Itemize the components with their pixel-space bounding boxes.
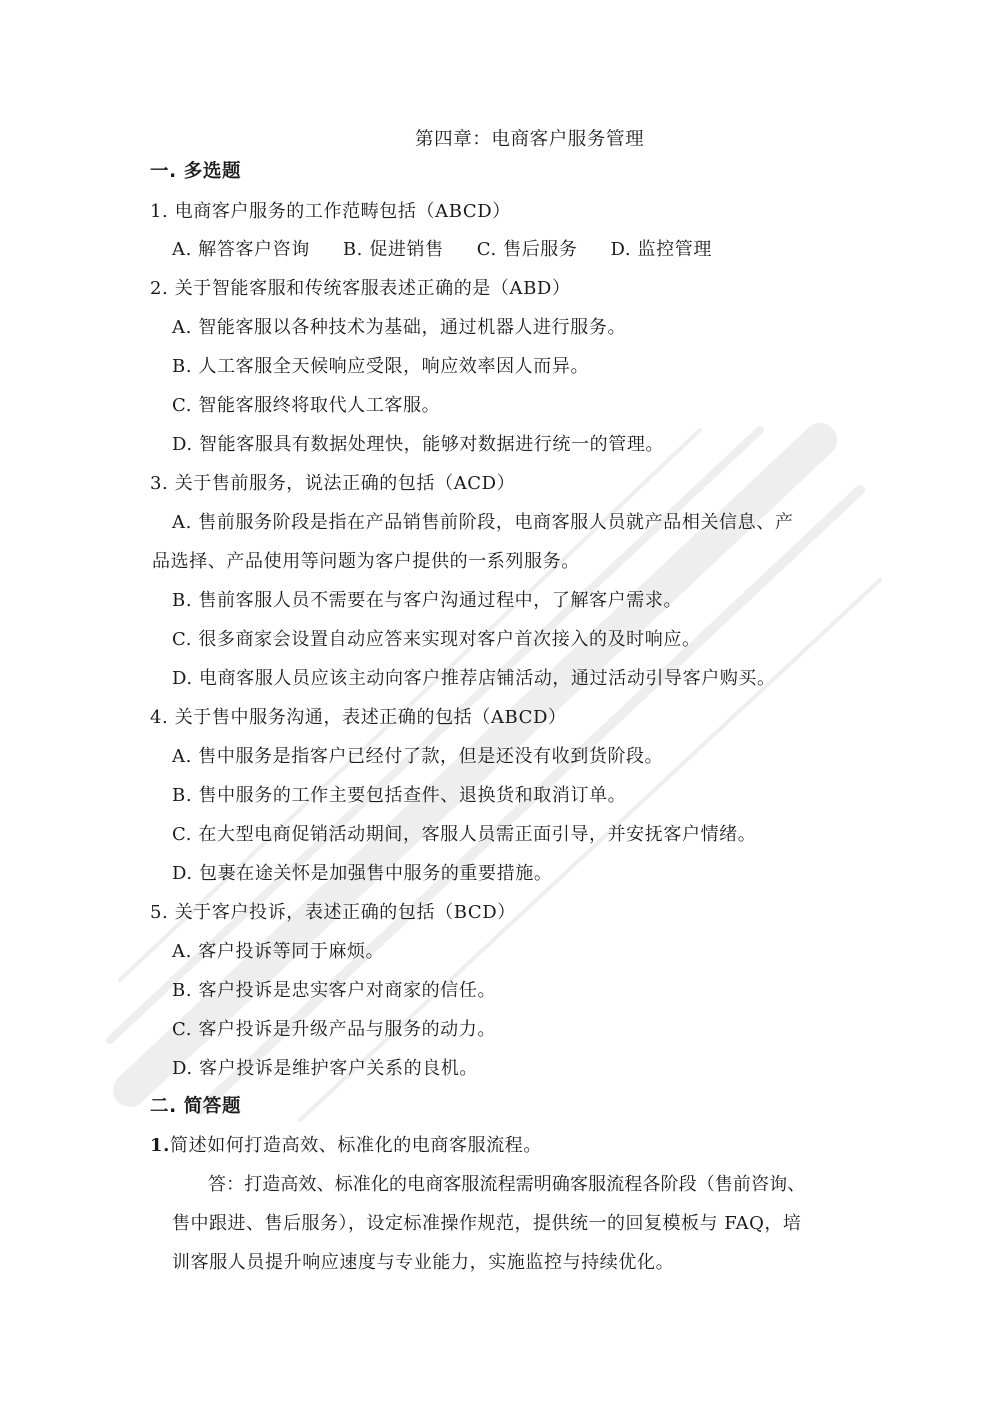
question-stem: 5. 关于客户投诉，表述正确的包括（BCD）	[150, 901, 516, 925]
option-item: B. 促进销售	[343, 238, 444, 262]
option-item: C. 售后服务	[477, 238, 578, 262]
option-item: B. 售前客服人员不需要在与客户沟通过程中，了解客户需求。	[172, 589, 682, 613]
option-item: A. 客户投诉等同于麻烦。	[172, 940, 384, 964]
option-item: D. 监控管理	[611, 238, 712, 262]
answer-line: 售中跟进、售后服务），设定标准操作规范，提供统一的回复模板与 FAQ，培	[172, 1212, 801, 1236]
option-item: D. 客户投诉是维护客户关系的良机。	[172, 1057, 478, 1081]
option-item: D. 包裹在途关怀是加强售中服务的重要措施。	[172, 862, 552, 886]
document-page: 第四章：电商客户服务管理 一. 多选题 1. 电商客户服务的工作范畴包括（ABC…	[0, 0, 993, 1404]
question-stem: 3. 关于售前服务，说法正确的包括（ACD）	[150, 472, 515, 496]
question-stem: 2. 关于智能客服和传统客服表述正确的是（ABD）	[150, 277, 571, 301]
option-item: B. 人工客服全天候响应受限，响应效率因人而异。	[172, 355, 589, 379]
option-item: A. 智能客服以各种技术为基础，通过机器人进行服务。	[172, 316, 626, 340]
answer-line: 答：打造高效、标准化的电商客服流程需明确客服流程各阶段（售前咨询、	[208, 1173, 805, 1197]
section-heading-short-answer: 二. 简答题	[150, 1095, 241, 1119]
short-answer-question: 1.简述如何打造高效、标准化的电商客服流程。	[150, 1134, 542, 1158]
option-item: D. 智能客服具有数据处理快，能够对数据进行统一的管理。	[172, 433, 664, 457]
question-number: 1.	[150, 1135, 170, 1156]
question-stem: 简述如何打造高效、标准化的电商客服流程。	[170, 1135, 542, 1156]
option-item: C. 在大型电商促销活动期间，客服人员需正面引导，并安抚客户情绪。	[172, 823, 756, 847]
option-item: D. 电商客服人员应该主动向客户推荐店铺活动，通过活动引导客户购买。	[172, 667, 776, 691]
option-item: A. 售前服务阶段是指在产品销售前阶段，电商客服人员就产品相关信息、产	[172, 511, 793, 535]
option-item: C. 很多商家会设置自动应答来实现对客户首次接入的及时响应。	[172, 628, 701, 652]
option-row: A. 解答客户咨询 B. 促进销售 C. 售后服务 D. 监控管理	[172, 238, 745, 262]
page-title: 第四章：电商客户服务管理	[415, 128, 644, 152]
option-item-continuation: 品选择、产品使用等问题为客户提供的一系列服务。	[152, 550, 580, 574]
section-heading-multiple-choice: 一. 多选题	[150, 160, 241, 184]
option-item: C. 客户投诉是升级产品与服务的动力。	[172, 1018, 496, 1042]
option-item: B. 客户投诉是忠实客户对商家的信任。	[172, 979, 496, 1003]
question-stem: 1. 电商客户服务的工作范畴包括（ABCD）	[150, 200, 511, 224]
option-item: C. 智能客服终将取代人工客服。	[172, 394, 440, 418]
option-item: B. 售中服务的工作主要包括查件、退换货和取消订单。	[172, 784, 626, 808]
question-stem: 4. 关于售中服务沟通，表述正确的包括（ABCD）	[150, 706, 567, 730]
option-item: A. 解答客户咨询	[172, 238, 310, 262]
option-item: A. 售中服务是指客户已经付了款，但是还没有收到货阶段。	[172, 745, 663, 769]
answer-line: 训客服人员提升响应速度与专业能力，实施监控与持续优化。	[172, 1251, 674, 1275]
